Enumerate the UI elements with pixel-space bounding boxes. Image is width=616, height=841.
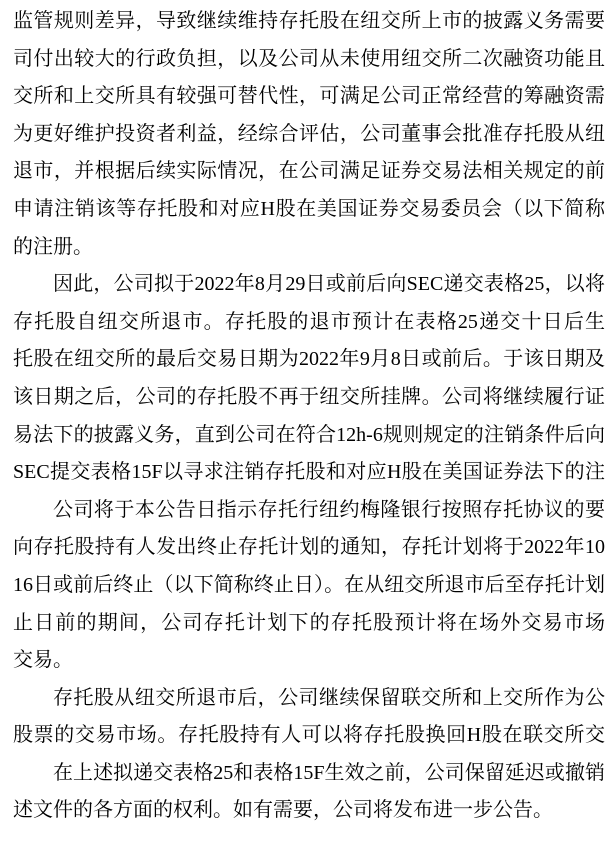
text-line: 止日前的期间，公司存托计划下的存托股预计将在场外交易市场（OTC） (13, 605, 605, 643)
text-line: 向存托股持有人发出终止存托计划的通知，存托计划将于2022年10月 (13, 529, 605, 567)
text-line: 该日期之后，公司的存托股不再于纽交所挂牌。公司将继续履行证券交 (13, 379, 605, 417)
paragraph: 因此，公司拟于2022年8月29日或前后向SEC递交表格25，以将其存托股自纽交… (13, 266, 605, 492)
text-line: 申请注销该等存托股和对应H股在美国证券交易委员会（以下简称SEC） (13, 191, 605, 229)
paragraph: 监管规则差异，导致继续维持存托股在纽交所上市的披露义务需要公司付出较大的行政负担… (13, 3, 605, 266)
document-page: 监管规则差异，导致继续维持存托股在纽交所上市的披露义务需要公司付出较大的行政负担… (0, 0, 616, 841)
text-line: 存托股自纽交所退市。存托股的退市预计在表格25递交十日后生效。存 (13, 304, 605, 342)
text-line: 存托股从纽交所退市后，公司继续保留联交所和上交所作为公司 (13, 680, 605, 718)
paragraph: 存托股从纽交所退市后，公司继续保留联交所和上交所作为公司股票的交易市场。存托股持… (13, 680, 605, 755)
text-line: 在上述拟递交表格25和表格15F生效之前，公司保留延迟或撤销上 (13, 755, 605, 793)
text-line: SEC提交表格15F以寻求注销存托股和对应H股在美国证券法下的注册。 (13, 454, 605, 492)
announcement-text: 监管规则差异，导致继续维持存托股在纽交所上市的披露义务需要公司付出较大的行政负担… (13, 3, 605, 830)
text-line: 交所和上交所具有较强可替代性，可满足公司正常经营的筹融资需求， (13, 78, 605, 116)
text-line: 因此，公司拟于2022年8月29日或前后向SEC递交表格25，以将其 (13, 266, 605, 304)
text-line: 述文件的各方面的权利。如有需要，公司将发布进一步公告。 (13, 792, 605, 830)
text-line: 托股在纽交所的最后交易日期为2022年9月8日或前后。于该日期及自 (13, 341, 605, 379)
text-line: 为更好维护投资者利益，经综合评估，公司董事会批准存托股从纽交所 (13, 116, 605, 154)
paragraph: 公司将于本公告日指示存托行纽约梅隆银行按照存托协议的要求向存托股持有人发出终止存… (13, 492, 605, 680)
text-line: 司付出较大的行政负担，以及公司从未使用纽交所二次融资功能且联 (13, 41, 605, 79)
text-line: 退市，并根据后续实际情况，在公司满足证券交易法相关规定的前提下 (13, 153, 605, 191)
text-line: 监管规则差异，导致继续维持存托股在纽交所上市的披露义务需要公 (13, 3, 605, 41)
text-line: 交易。 (13, 642, 605, 680)
text-line: 16日或前后终止（以下简称终止日）。在从纽交所退市后至存托计划终 (13, 567, 605, 605)
text-line: 公司将于本公告日指示存托行纽约梅隆银行按照存托协议的要求 (13, 492, 605, 530)
text-line: 易法下的披露义务，直到公司在符合12h-6规则规定的注销条件后向 (13, 417, 605, 455)
text-line: 股票的交易市场。存托股持有人可以将存托股换回H股在联交所交易。 (13, 717, 605, 755)
paragraph: 在上述拟递交表格25和表格15F生效之前，公司保留延迟或撤销上述文件的各方面的权… (13, 755, 605, 830)
text-line: 的注册。 (13, 229, 605, 267)
